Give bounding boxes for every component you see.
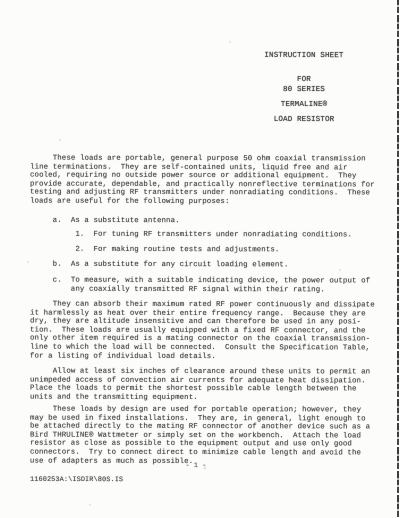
page-number: - 1 - xyxy=(0,461,392,471)
paragraph-intro: These loads are portable, general purpos… xyxy=(30,155,375,207)
paragraph-operation: They can absorb their maximum rated RF p… xyxy=(30,301,375,362)
list-item-c: c. To measure, with a suitable indicatin… xyxy=(30,277,370,295)
paragraph-clearance: Allow at least six inches of clearance a… xyxy=(30,368,370,403)
list-item-2: 2. For making routine tests and adjustme… xyxy=(30,246,279,255)
doc-for-line: FOR xyxy=(230,76,378,85)
doc-series: 80 SERIES xyxy=(230,86,378,95)
scan-edge-artifact xyxy=(397,0,399,518)
paragraph-installation: These loads by design are used for porta… xyxy=(30,406,370,467)
list-item-b: b. As a substitute for any circuit loadi… xyxy=(30,261,289,270)
doc-product: LOAD RESISTOR xyxy=(230,116,378,125)
list-item-1: 1. For tuning RF transmitters under nonr… xyxy=(30,231,352,240)
doc-reference: 1160253A:\ISDIR\80S.IS xyxy=(30,476,123,485)
doc-title: INSTRUCTION SHEET xyxy=(230,52,378,61)
scanned-instruction-sheet: INSTRUCTION SHEET FOR 80 SERIES TERMALIN… xyxy=(0,0,400,518)
doc-brand: TERMALINE® xyxy=(230,101,378,110)
list-item-a: a. As a substitute antenna. xyxy=(30,217,180,226)
